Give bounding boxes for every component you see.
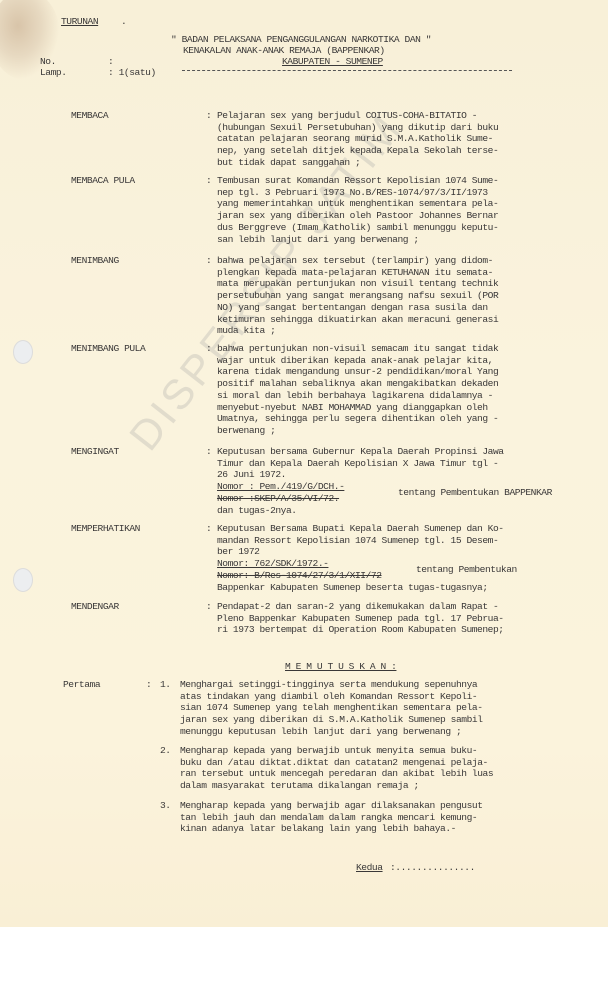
- section-colon: :: [206, 175, 211, 187]
- decision-item-line: buku dan /atau diktat.diktat dan catatan…: [180, 757, 488, 769]
- section-colon: :: [206, 523, 211, 535]
- decision-item-line: jaran sex yang diberikan di S.M.A.Kathol…: [180, 714, 483, 726]
- section-text-line: catatan pelajaran seorang murid S.M.A.Ka…: [217, 133, 493, 145]
- section-text-line: jaran sex yang diberikan oleh Pastoor Jo…: [217, 210, 498, 222]
- section-text-line: nep tgl. 3 Pebruari 1973 No.B/RES-1074/9…: [217, 187, 488, 199]
- decision-item-number: 3.: [160, 800, 171, 812]
- section-text-line: Tembusan surat Komandan Ressort Kepolisi…: [217, 175, 498, 187]
- pertama-label: Pertama: [63, 679, 100, 691]
- section-label: MENIMBANG: [71, 255, 119, 267]
- punch-hole-icon: [13, 340, 33, 364]
- decision-item-line: atas tindakan yang diambil oleh Komandan…: [180, 691, 477, 703]
- section-text-line: plengkan kepada mata-pelajaran KETUHANAN…: [217, 267, 493, 279]
- decision-item-line: ran tersebut untuk mencegah peredaran da…: [180, 768, 493, 780]
- lamp-label: Lamp.: [40, 67, 67, 79]
- no-colon: :: [108, 56, 113, 68]
- section-label: MENDENGAR: [71, 601, 119, 613]
- turunan-heading: TURUNAN: [61, 16, 98, 28]
- section-text-line: menyebut-nyebut NABI MOHAMMAD yang diang…: [217, 402, 488, 414]
- section-text-line: dus Berggreve (Imam Katholik) sambil men…: [217, 222, 498, 234]
- kedua-dots: :...............: [390, 862, 475, 874]
- section-text-line: 26 Juni 1972.: [217, 469, 286, 481]
- section-text-line: muda kita ;: [217, 325, 275, 337]
- no-label: No.: [40, 56, 56, 68]
- section-label: MEMBACA: [71, 110, 108, 122]
- section-text-line: Nomor: B/Res-1074/27/3/1/XII/72: [217, 570, 382, 582]
- agency-name-line1: " BADAN PELAKSANA PENGANGGULANGAN NARKOT…: [171, 34, 431, 46]
- section-text-line: Nomor: 762/SDK/1972.-: [217, 558, 328, 570]
- decision-item-line: menunggu keputusan lebih lanjut dari yan…: [180, 726, 461, 738]
- decision-item-number: 2.: [160, 745, 171, 757]
- decision-item-line: Mengharap kepada yang berwajib untuk men…: [180, 745, 477, 757]
- section-text-line: Keputusan Bersama Bupati Kepala Daerah S…: [217, 523, 504, 535]
- section-text-line: Pelajaran sex yang berjudul COITUS-COHA-…: [217, 110, 477, 122]
- section-colon: :: [206, 343, 211, 355]
- section-text-line: ber 1972: [217, 546, 259, 558]
- section-text-line: positif malahan sebaliknya akan mengakib…: [217, 378, 498, 390]
- punch-hole-icon: [13, 568, 33, 592]
- section-text-line: Pendapat-2 dan saran-2 yang dikemukakan …: [217, 601, 498, 613]
- section-text-line: NO) yang sangat bertentangan dengan rasa…: [217, 302, 488, 314]
- section-label: MEMBACA PULA: [71, 175, 135, 187]
- section-text-line: but tidak dapat sanggahan ;: [217, 157, 360, 169]
- section-text-line: Umatnya, sehingga perlu segera dihentika…: [217, 413, 498, 425]
- section-colon: :: [206, 110, 211, 122]
- decision-item-line: sian 1074 Sumenep yang telah menghentika…: [180, 702, 483, 714]
- section-text-line: berwenang ;: [217, 425, 275, 437]
- decision-title: M E M U T U S K A N :: [285, 661, 396, 673]
- section-text-line: Nomor :SKEP/A/35/VI/72.: [217, 493, 339, 505]
- decision-item-line: tan lebih jauh dan mendalam dalam rangka…: [180, 812, 477, 824]
- lamp-value: : 1(satu): [108, 67, 156, 79]
- section-text-line: (hubungan Sexuil Persetubuhan) yang diku…: [217, 122, 498, 134]
- section-text-line: mata merupakan pertunjukan non visuil te…: [217, 278, 498, 290]
- section-text-line: dan tugas-2nya.: [217, 505, 297, 517]
- section-text-line: yang memerintahkan untuk menghentikan se…: [217, 198, 498, 210]
- section-colon: :: [206, 601, 211, 613]
- section-text-line: wajar untuk diberikan kepada anak-anak p…: [217, 355, 493, 367]
- section-text-line: Bappenkar Kabupaten Sumenep beserta tuga…: [217, 582, 488, 594]
- header-rule: [182, 70, 512, 71]
- agency-name-line2: KENAKALAN ANAK-ANAK REMAJA (BAPPENKAR): [183, 45, 385, 57]
- section-text-line: bahwa pelajaran sex tersebut (terlampir)…: [217, 255, 493, 267]
- pertama-colon: :: [146, 679, 151, 691]
- tentang-text: tentang Pembentukan: [416, 564, 517, 576]
- agency-name-line3: KABUPATEN - SUMENEP: [282, 56, 383, 68]
- section-colon: :: [206, 255, 211, 267]
- section-text-line: nep, yang setelah ditjek kepada Kepala S…: [217, 145, 498, 157]
- decision-item-line: Menghargai setinggi-tingginya serta mend…: [180, 679, 477, 691]
- section-text-line: bahwa pertunjukan non-visuil semacam itu…: [217, 343, 498, 355]
- kedua-label: Kedua: [356, 862, 383, 874]
- section-text-line: ri 1973 bertempat di Operation Room Kabu…: [217, 624, 504, 636]
- tentang-text: tentang Pembentukan BAPPENKAR: [398, 487, 552, 499]
- decision-item-line: kinan adanya latar belakang lain yang le…: [180, 823, 456, 835]
- section-label: MENIMBANG PULA: [71, 343, 145, 355]
- section-label: MENGINGAT: [71, 446, 119, 458]
- section-text-line: si moral dan lebih berbahaya lagikarena …: [217, 390, 493, 402]
- decision-item-line: Mengharap kepada yang berwajib agar dila…: [180, 800, 483, 812]
- section-colon: :: [206, 446, 211, 458]
- scanned-document-page: DISPERSIP JATIM TURUNAN . No. : Lamp. : …: [0, 0, 608, 927]
- section-text-line: Pleno Bappenkar Kabupaten Sumenep pada t…: [217, 613, 504, 625]
- section-text-line: Nomor : Pem./419/G/DCH.-: [217, 481, 344, 493]
- section-text-line: Timur dan Kepala Daerah Kepolisian X Jaw…: [217, 458, 498, 470]
- section-text-line: ketimuran sehingga dikuatirkan akan mera…: [217, 314, 498, 326]
- section-label: MEMPERHATIKAN: [71, 523, 140, 535]
- decision-item-number: 1.: [160, 679, 171, 691]
- section-text-line: san lebih lanjut dari yang berwenang ;: [217, 234, 419, 246]
- turunan-dot: .: [121, 16, 126, 28]
- section-text-line: Keputusan bersama Gubernur Kepala Daerah…: [217, 446, 504, 458]
- section-text-line: mandan Ressort Kepolisian 1074 Sumenep t…: [217, 535, 498, 547]
- section-text-line: karena tidak mengandung unsur-2 pendidik…: [217, 366, 498, 378]
- section-text-line: persetubuhan yang sangat merangsang nafs…: [217, 290, 498, 302]
- decision-item-line: dalam masyarakat terutama dikalangan rem…: [180, 780, 419, 792]
